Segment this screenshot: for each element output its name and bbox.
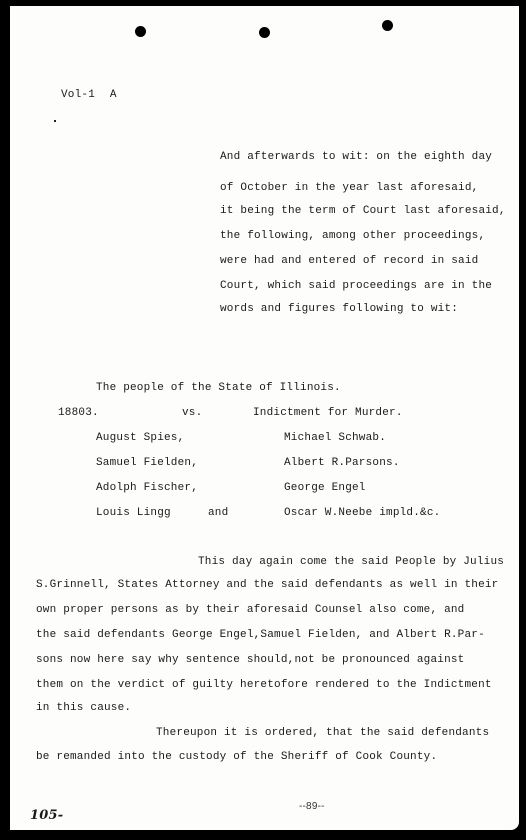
handwritten-number: 105- (30, 808, 63, 823)
charge: Indictment for Murder. (253, 407, 403, 419)
versus: vs. (182, 407, 202, 419)
volume-text: Vol-1 (61, 89, 95, 101)
body-line: own proper persons as by their aforesaid… (36, 604, 464, 616)
defendant-left: Adolph Fischer, (96, 482, 198, 494)
speck-mark (54, 120, 56, 122)
intro-line: words and figures following to wit: (220, 303, 458, 315)
conjunction: and (208, 507, 228, 519)
defendant-right: Oscar W.Neebe impld.&c. (284, 507, 440, 519)
punch-hole-center (259, 27, 270, 38)
intro-line: the following, among other proceedings, (220, 230, 485, 242)
case-number: 18803. (58, 407, 99, 419)
section-letter: A (110, 89, 117, 101)
body-line: sons now here say why sentence should,no… (36, 654, 464, 666)
body-line: the said defendants George Engel,Samuel … (36, 629, 485, 641)
punch-hole-right (382, 20, 393, 31)
defendant-left: August Spies, (96, 432, 184, 444)
punch-hole-left (135, 26, 146, 37)
intro-line: Court, which said proceedings are in the (220, 280, 492, 292)
body-line: in this cause. (36, 702, 131, 714)
defendant-right: George Engel (284, 482, 366, 494)
page-number: --89-- (299, 801, 325, 812)
intro-line: it being the term of Court last aforesai… (220, 205, 506, 217)
volume-label: Vol-1 A (61, 89, 117, 101)
document-page: Vol-1 A And afterwards to wit: on the ei… (10, 6, 519, 830)
intro-line: And afterwards to wit: on the eighth day (220, 151, 492, 163)
defendant-right: Albert R.Parsons. (284, 457, 400, 469)
defendant-left: Louis Lingg (96, 507, 171, 519)
body-line: them on the verdict of guilty heretofore… (36, 679, 492, 691)
intro-line: of October in the year last aforesaid, (220, 182, 478, 194)
body-line: Thereupon it is ordered, that the said d… (156, 727, 489, 739)
defendant-left: Samuel Fielden, (96, 457, 198, 469)
body-line: be remanded into the custody of the Sher… (36, 751, 437, 763)
intro-line: were had and entered of record in said (220, 255, 478, 267)
defendant-right: Michael Schwab. (284, 432, 386, 444)
body-line: S.Grinnell, States Attorney and the said… (36, 579, 498, 591)
plaintiff: The people of the State of Illinois. (96, 382, 341, 394)
body-line: This day again come the said People by J… (198, 556, 504, 568)
